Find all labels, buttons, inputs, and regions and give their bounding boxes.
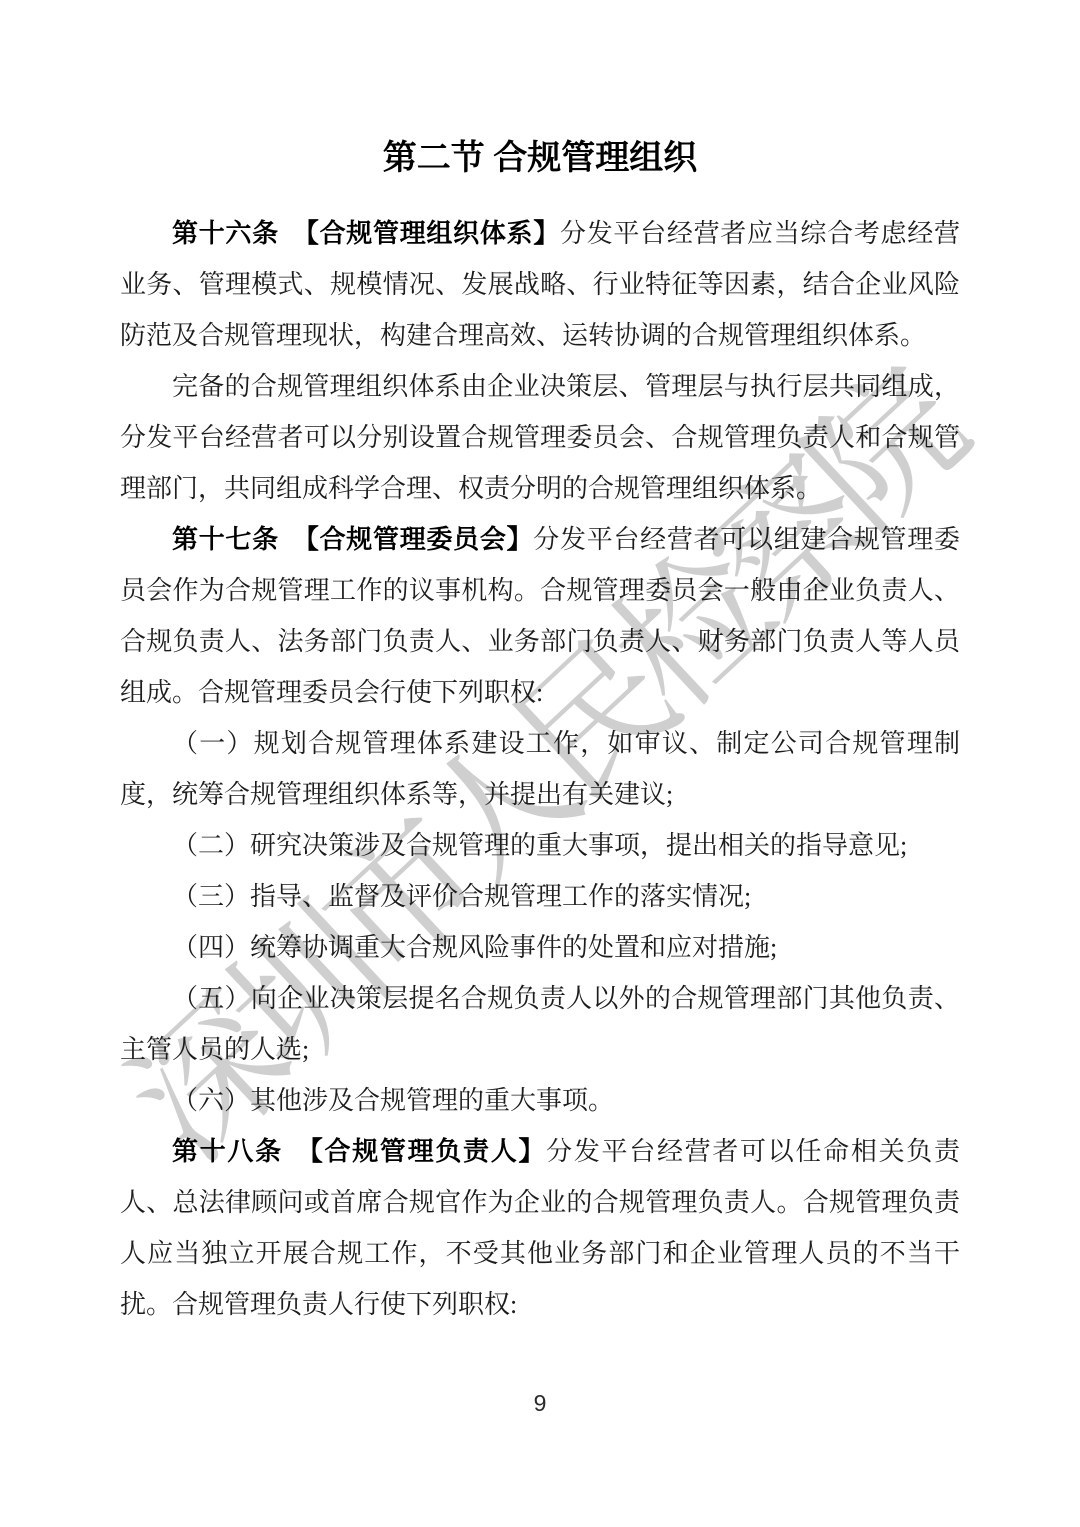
page-number: 9	[0, 1390, 1080, 1417]
committee-power-item-2: （二）研究决策涉及合规管理的重大事项，提出相关的指导意见;	[120, 820, 960, 871]
committee-power-item-6: （六）其他涉及合规管理的重大事项。	[120, 1075, 960, 1126]
article-18-paragraph: 第十八条【合规管理负责人】分发平台经营者可以任命相关负责人、总法律顾问或首席合规…	[120, 1126, 960, 1330]
article-16-paragraph: 第十六条【合规管理组织体系】分发平台经营者应当综合考虑经营业务、管理模式、规模情…	[120, 208, 960, 361]
committee-power-item-1: （一）规划合规管理体系建设工作，如审议、制定公司合规管理制度，统筹合规管理组织体…	[120, 718, 960, 820]
committee-power-item-5: （五）向企业决策层提名合规负责人以外的合规管理部门其他负责、主管人员的人选;	[120, 973, 960, 1075]
article-18-number: 第十八条	[172, 1137, 283, 1166]
article-17-title: 【合规管理委员会】	[293, 525, 533, 554]
article-16-number: 第十六条	[172, 219, 279, 248]
committee-power-item-3: （三）指导、监督及评价合规管理工作的落实情况;	[120, 871, 960, 922]
section-title: 第二节 合规管理组织	[120, 136, 960, 182]
article-16-title: 【合规管理组织体系】	[293, 219, 560, 248]
article-18-title: 【合规管理负责人】	[297, 1137, 546, 1166]
document-body: 第二节 合规管理组织 第十六条【合规管理组织体系】分发平台经营者应当综合考虑经营…	[0, 0, 1080, 1330]
article-17-paragraph: 第十七条【合规管理委员会】分发平台经营者可以组建合规管理委员会作为合规管理工作的…	[120, 514, 960, 718]
committee-power-item-4: （四）统筹协调重大合规风险事件的处置和应对措施;	[120, 922, 960, 973]
article-17-number: 第十七条	[172, 525, 279, 554]
paragraph-organization-composition: 完备的合规管理组织体系由企业决策层、管理层与执行层共同组成，分发平台经营者可以分…	[120, 361, 960, 514]
document-page: 深圳市人民检察院 第二节 合规管理组织 第十六条【合规管理组织体系】分发平台经营…	[0, 0, 1080, 1527]
